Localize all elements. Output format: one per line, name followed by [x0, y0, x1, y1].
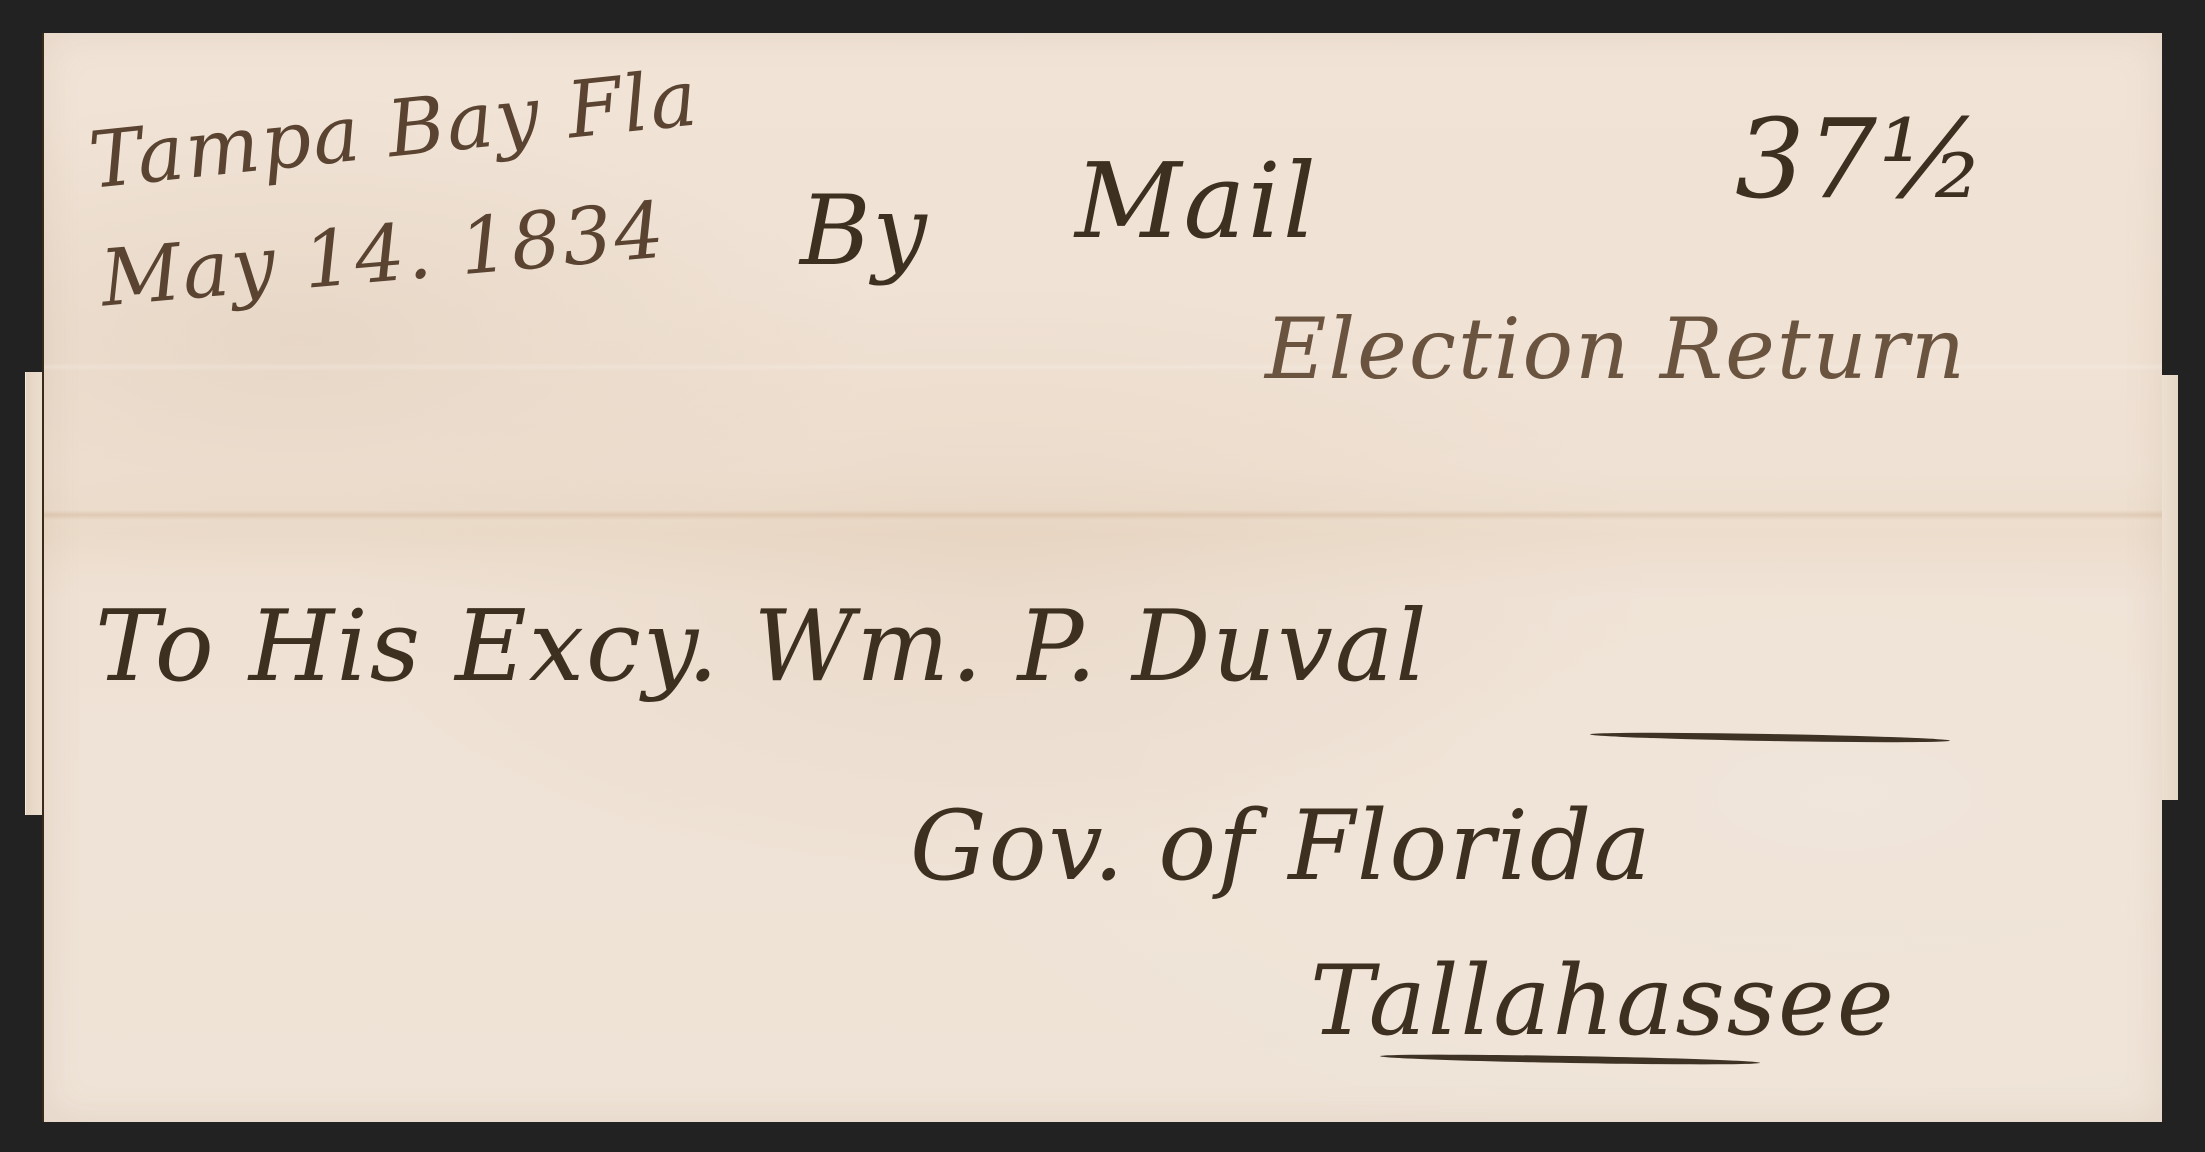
fold-crease — [44, 510, 2162, 520]
route-mail: Mail — [1075, 140, 1318, 262]
address-title: Gov. of Florida — [910, 790, 1653, 902]
address-recipient: To His Excy. Wm. P. Duval — [95, 590, 1429, 704]
address-city: Tallahassee — [1310, 945, 1896, 1057]
postage-rate: 37½ — [1735, 95, 1988, 223]
docket-note: Election Return — [1265, 300, 1967, 398]
route-by: By — [800, 175, 929, 287]
